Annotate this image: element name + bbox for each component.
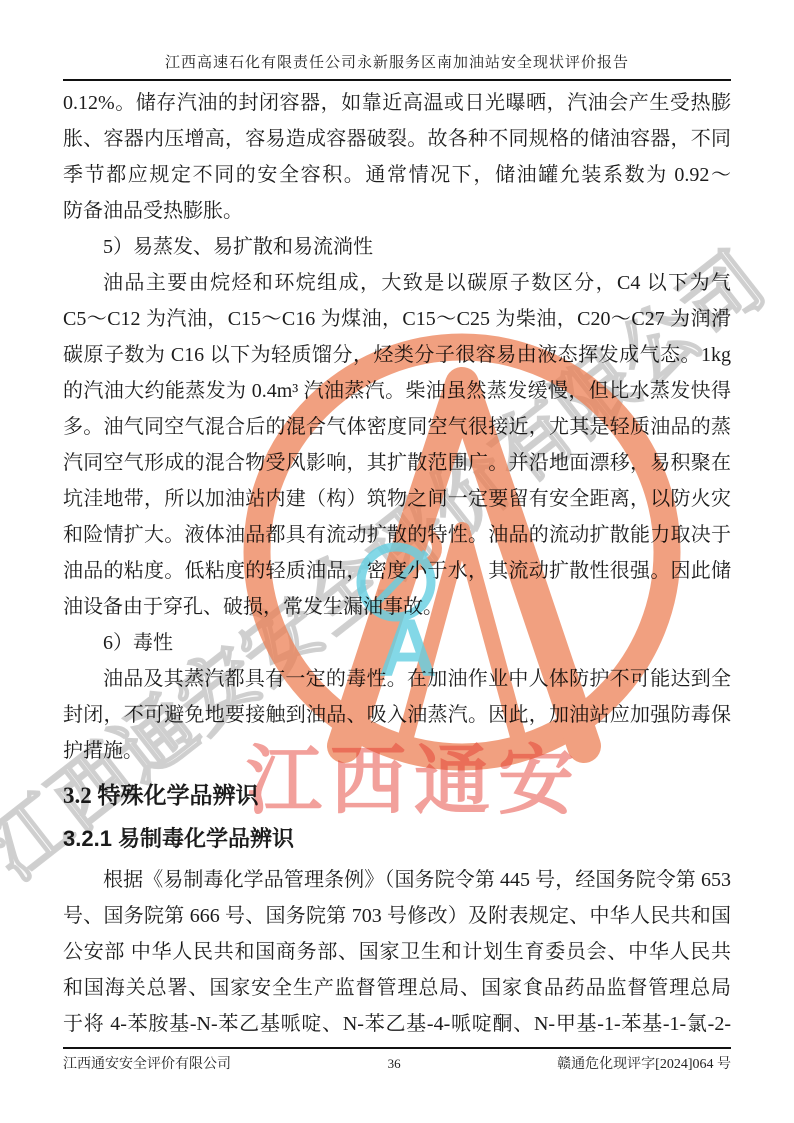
body-line: 汽同空气形成的混合物受风影响，其扩散范围广。并沿地面漂移，易积聚在 xyxy=(63,445,731,481)
body-line: 的汽油大约能蒸发为 0.4m³ 汽油蒸汽。柴油虽然蒸发缓慢，但比水蒸发快得 xyxy=(63,373,731,409)
footer-page-number: 36 xyxy=(388,1056,401,1072)
body-line: 坑洼地带，所以加油站内建（构）筑物之间一定要留有安全距离，以防火灾 xyxy=(63,481,731,517)
section-heading-3-2-1: 3.2.1 易制毒化学品辨识 xyxy=(63,822,731,856)
body-line: 公安部 中华人民共和国商务部、国家卫生和计划生育委员会、中华人民共 xyxy=(63,934,731,970)
list-item-5-evaporation: 5）易蒸发、易扩散和易流淌性 xyxy=(63,229,731,265)
body-line: 于将 4-苯胺基-N-苯乙基哌啶、N-苯乙基-4-哌啶酮、N-甲基-1-苯基-1… xyxy=(63,1006,731,1042)
section-heading-3-2: 3.2 特殊化学品辨识 xyxy=(63,779,731,813)
footer-rule xyxy=(63,1047,731,1049)
body-line: 和险情扩大。液体油品都具有流动扩散的特性。油品的流动扩散能力取决于 xyxy=(63,517,731,553)
body-line: 油品及其蒸汽都具有一定的毒性。在加油作业中人体防护不可能达到全 xyxy=(63,661,731,697)
body-line: 季节都应规定不同的安全容积。通常情况下，储油罐允装系数为 0.92～0.95， xyxy=(63,157,731,193)
body-line: 和国海关总署、国家安全生产监督管理总局、国家食品药品监督管理总局《关 xyxy=(63,970,731,1006)
body-line: 油设备由于穿孔、破损，常发生漏油事故。 xyxy=(63,589,731,625)
footer-company: 江西通安安全评价有限公司 xyxy=(63,1053,231,1073)
body-line: 封闭，不可避免地要接触到油品、吸入油蒸汽。因此，加油站应加强防毒保 xyxy=(63,697,731,733)
body-line: 0.12%。储存汽油的封闭容器，如靠近高温或日光曝晒，汽油会产生受热膨 xyxy=(63,85,731,121)
page-body: 0.12%。储存汽油的封闭容器，如靠近高温或日光曝晒，汽油会产生受热膨 胀、容器… xyxy=(63,0,731,1123)
body-line: C5～C12 为汽油，C15～C16 为煤油，C15～C25 为柴油，C20～C… xyxy=(63,301,731,337)
page-footer: 江西通安安全评价有限公司 36 赣通危化现评字[2024]064 号 xyxy=(63,1053,731,1073)
body-line: 碳原子数为 C16 以下为轻质馏分，烃类分子很容易由液态挥发成气态。1kg xyxy=(63,337,731,373)
body-line: 油品的粘度。低粘度的轻质油品，密度小于水，其流动扩散性很强。因此储 xyxy=(63,553,731,589)
body-line: 多。油气同空气混合后的混合气体密度同空气很接近，尤其是轻质油品的蒸 xyxy=(63,409,731,445)
body-line: 号、国务院第 666 号、国务院第 703 号修改）及附表规定、中华人民共和国 xyxy=(63,898,731,934)
body-line: 防备油品受热膨胀。 xyxy=(63,193,731,229)
body-line: 护措施。 xyxy=(63,733,731,769)
body-line: 胀、容器内压增高，容易造成容器破裂。故各种不同规格的储油容器，不同 xyxy=(63,121,731,157)
body-line: 根据《易制毒化学品管理条例》（国务院令第 445 号，经国务院令第 653 xyxy=(63,862,731,898)
report-page: 江西高速石化有限责任公司永新服务区南加油站安全现状评价报告 0.12%。储存汽油… xyxy=(0,0,794,1123)
footer-doc-number: 赣通危化现评字[2024]064 号 xyxy=(557,1053,731,1073)
list-item-6-toxicity: 6）毒性 xyxy=(63,625,731,661)
body-line: 油品主要由烷烃和环烷组成，大致是以碳原子数区分，C4 以下为气体， xyxy=(63,265,731,301)
